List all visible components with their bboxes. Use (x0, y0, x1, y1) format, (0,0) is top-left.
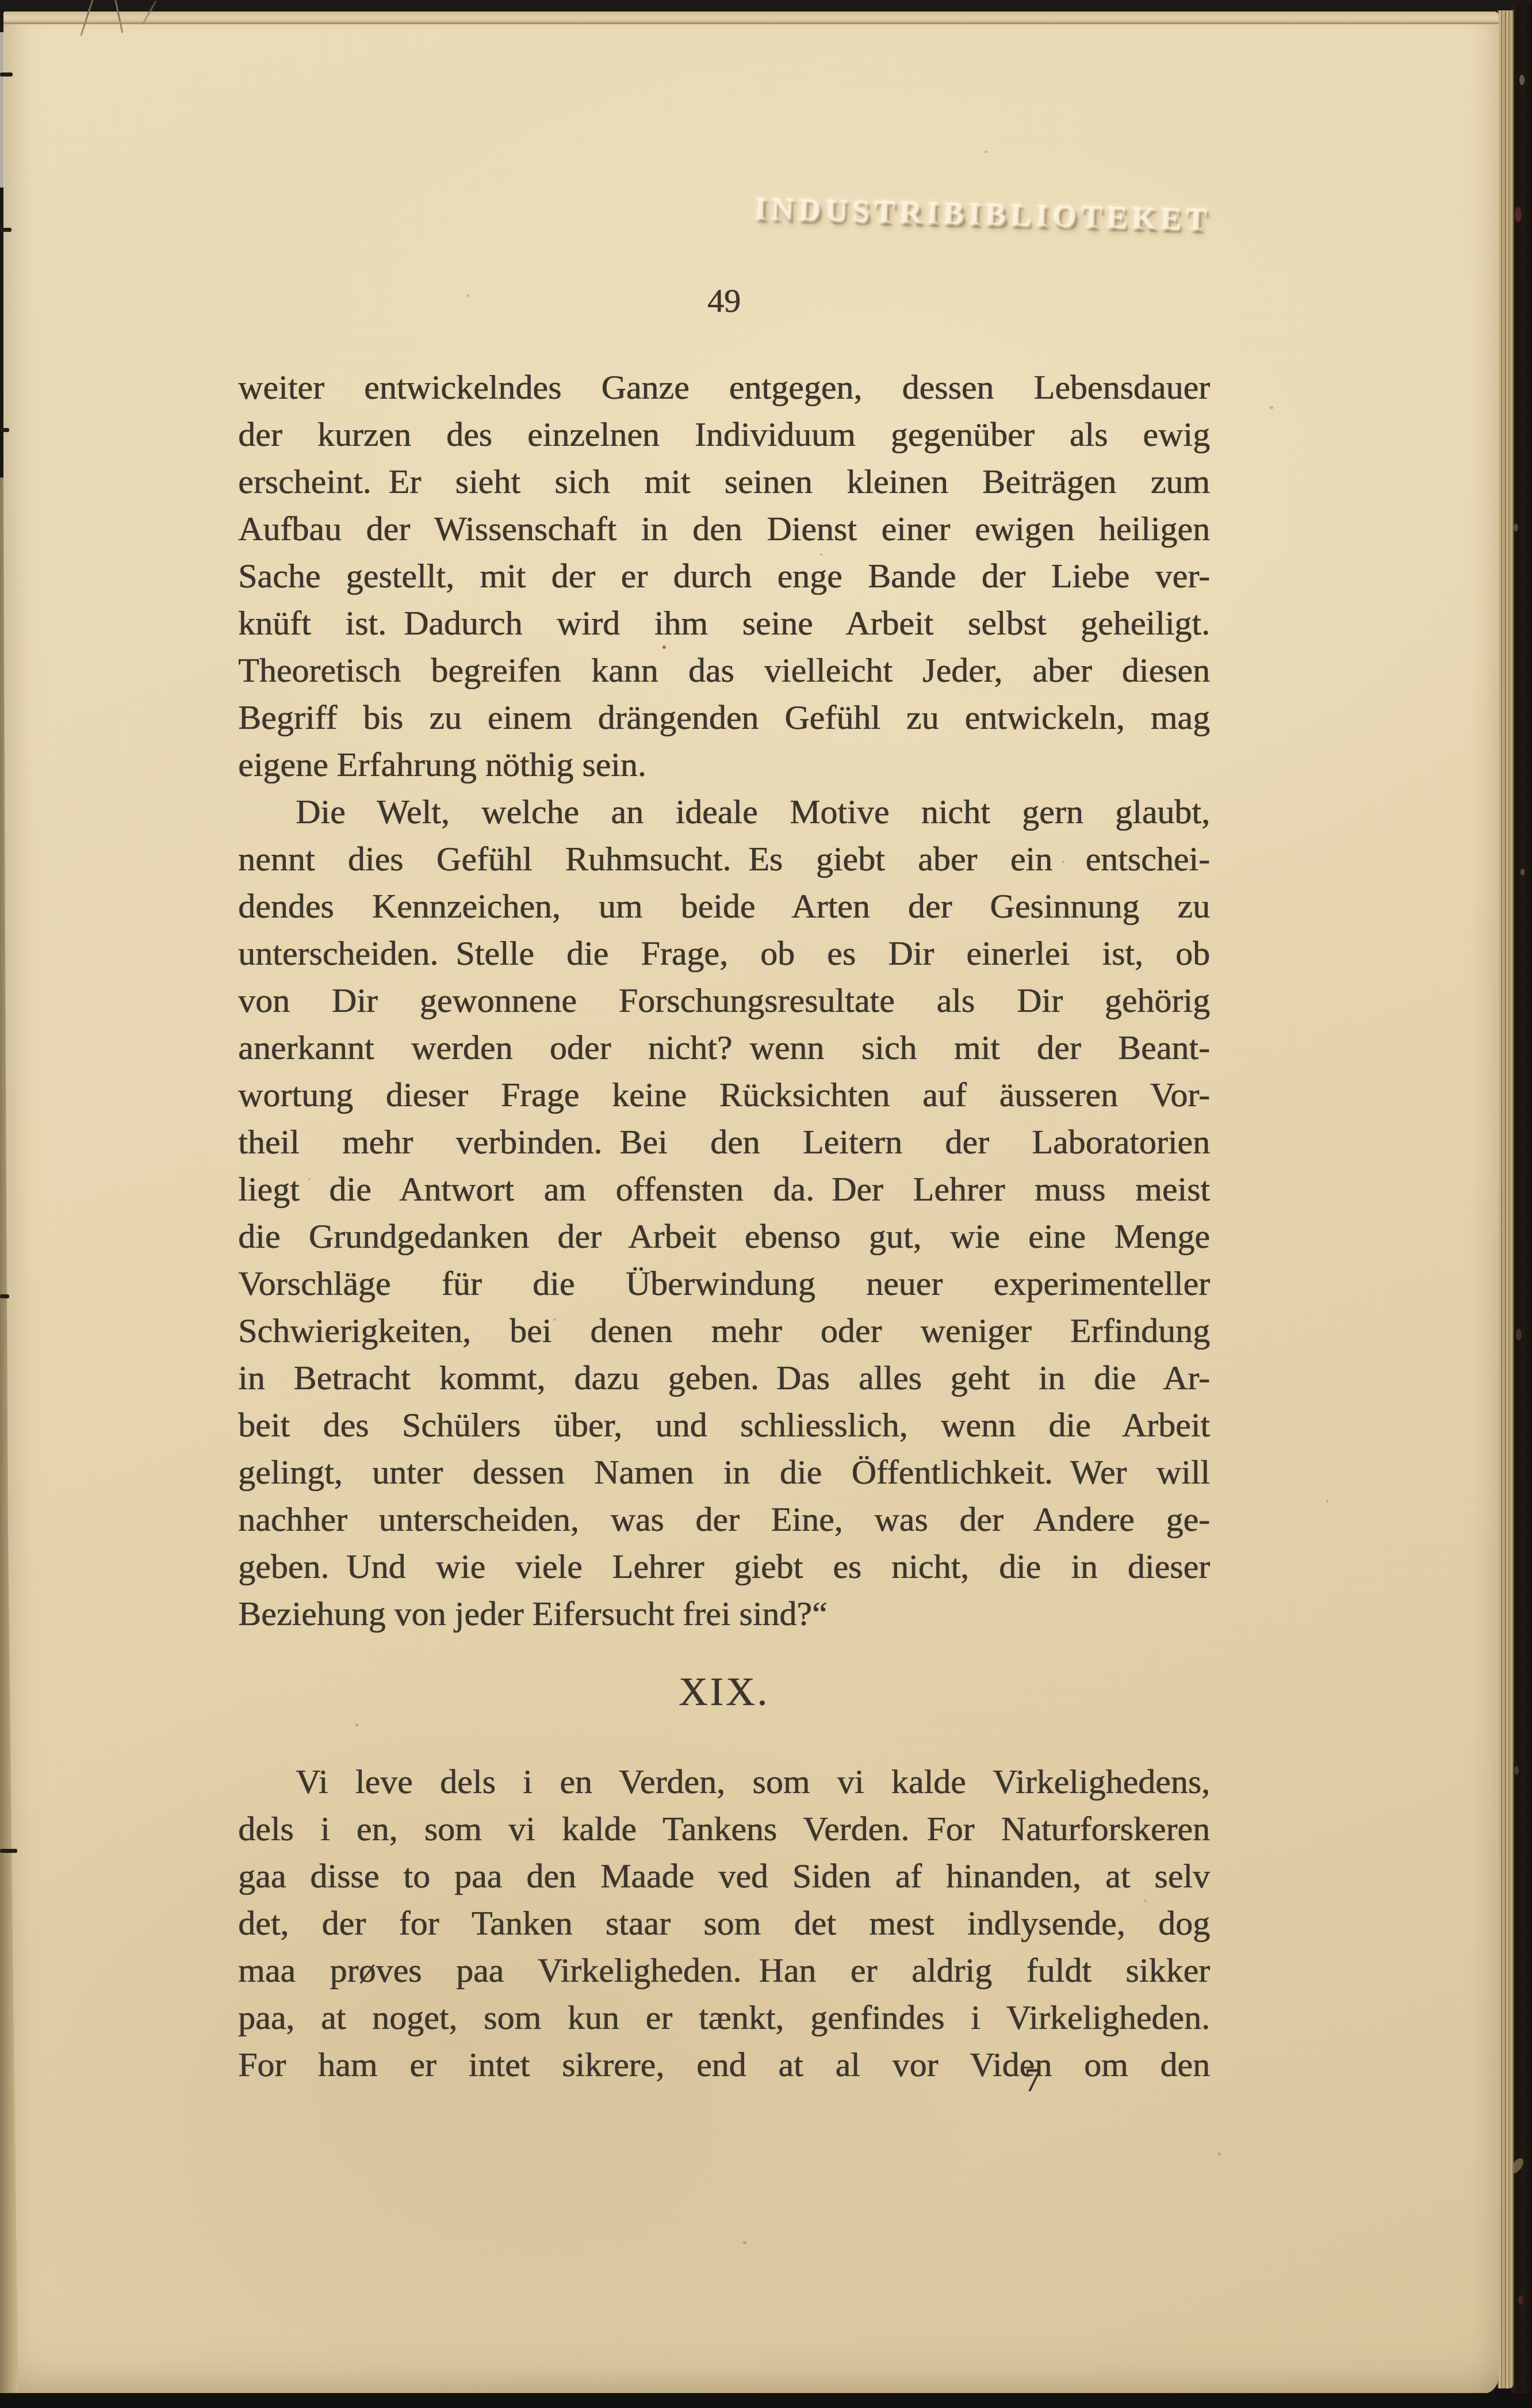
text-line: wortung dieser Frage keine Rücksichten a… (238, 1071, 1210, 1118)
section-heading: XIX. (238, 1664, 1210, 1721)
text-line: nennt dies Gefühl Ruhmsucht. Es giebt ab… (238, 835, 1210, 882)
text-line: gaa disse to paa den Maade ved Siden af … (238, 1852, 1210, 1899)
text-line: geben. Und wie viele Lehrer giebt es nic… (238, 1543, 1210, 1590)
text-line: Aufbau der Wissenschaft in den Dienst ei… (238, 505, 1210, 552)
text-line: der kurzen des einzelnen Individuum gege… (238, 411, 1210, 458)
paper-speck (1144, 1899, 1147, 1902)
page-stack-edge (1497, 10, 1514, 2388)
text-line: dendes Kennzeichen, um beide Arten der G… (238, 882, 1210, 930)
cover-marbling-fleck (1518, 2295, 1523, 2304)
text-line: anerkannt werden oder nicht? wenn sich m… (238, 1024, 1210, 1071)
text-block-german: weiter entwickelndes Ganze entgegen, des… (238, 364, 1210, 1637)
page-top-edge (3, 12, 1499, 24)
text-line: paa, at noget, som kun er tænkt, genfind… (238, 1994, 1210, 2041)
text-line: nachher unterscheiden, was der Eine, was… (238, 1496, 1210, 1543)
binding-stitch (0, 1294, 9, 1298)
text-line: in Betracht kommt, dazu geben. Das alles… (238, 1354, 1210, 1401)
binding-stitch (0, 228, 12, 232)
cover-marbling-fleck (1515, 207, 1522, 222)
red-ink-speck (662, 645, 666, 649)
signature-mark: 7 (901, 2059, 1165, 2101)
text-line: theil mehr verbinden. Bei den Leitern de… (238, 1118, 1210, 1165)
text-line: die Grundgedanken der Arbeit ebenso gut,… (238, 1213, 1210, 1260)
binding-stitch (0, 1849, 17, 1853)
text-line: eigene Erfahrung nöthig sein. (238, 741, 1210, 788)
binding-stitch (0, 72, 13, 77)
scanned-book-page: INDUSTRIBIBLIOTEKET 49 weiter entwickeln… (0, 0, 1532, 2408)
paper-speck (553, 1318, 556, 1321)
text-line: dels i en, som vi kalde Tankens Verden. … (238, 1805, 1210, 1852)
text-line: Vi leve dels i en Verden, som vi kalde V… (238, 1758, 1210, 1805)
text-line: Begriff bis zu einem drängenden Gefühl z… (238, 694, 1210, 741)
binding-stitch (0, 428, 9, 432)
text-block-danish: Vi leve dels i en Verden, som vi kalde V… (238, 1758, 1210, 2088)
paper-speck (985, 151, 987, 153)
paper-speck (1270, 406, 1273, 409)
book-cover-edge (1511, 6, 1532, 2408)
paper-speck (820, 553, 822, 556)
text-line: det, der for Tanken staar som det mest i… (238, 1899, 1210, 1947)
text-line: erscheint. Er sieht sich mit seinen klei… (238, 458, 1210, 505)
paper-speck (406, 909, 409, 912)
book-page: INDUSTRIBIBLIOTEKET 49 weiter entwickeln… (3, 12, 1499, 2394)
text-line: maa prøves paa Virkeligheden. Han er ald… (238, 1947, 1210, 1994)
text-line: unterscheiden. Stelle die Frage, ob es D… (238, 930, 1210, 977)
text-line: gelingt, unter dessen Namen in die Öffen… (238, 1448, 1210, 1496)
text-line: Beziehung von jeder Eifersucht frei sind… (238, 1590, 1210, 1637)
text-line: Die Welt, welche an ideale Motive nicht … (238, 788, 1210, 835)
cover-marbling-fleck (1519, 75, 1525, 85)
paper-speck (355, 1723, 358, 1726)
text-line: liegt die Antwort am offensten da. Der L… (238, 1165, 1210, 1213)
cover-marbling-fleck (1514, 1766, 1519, 1775)
cover-marbling-fleck (1514, 523, 1518, 532)
paper-speck (467, 295, 469, 297)
text-line: knüft ist. Dadurch wird ihm seine Arbeit… (238, 599, 1210, 647)
text-line: beit des Schülers über, und schliesslich… (238, 1401, 1210, 1448)
paper-speck (743, 2241, 746, 2244)
text-line: von Dir gewonnene Forschungsresultate al… (238, 977, 1210, 1024)
text-line: Vorschläge für die Überwindung neuer exp… (238, 1260, 1210, 1307)
page-edge-sliver (0, 32, 5, 188)
embossed-library-stamp: INDUSTRIBIBLIOTEKET (750, 192, 1217, 239)
scan-background-bottom (0, 2393, 1532, 2408)
text-line: Schwierigkeiten, bei denen mehr oder wen… (238, 1307, 1210, 1354)
paper-speck (308, 1178, 311, 1180)
cover-marbling-fleck (1520, 869, 1525, 876)
text-line: Sache gestellt, mit der er durch enge Ba… (238, 552, 1210, 599)
cover-marbling-fleck (1516, 1329, 1522, 1340)
text-line: Theoretisch begreifen kann das vielleich… (238, 647, 1210, 694)
paper-speck (1218, 2153, 1221, 2155)
paper-speck (1326, 1500, 1328, 1503)
text-line: weiter entwickelndes Ganze entgegen, des… (238, 364, 1210, 411)
paper-speck (1062, 861, 1064, 863)
page-number: 49 (238, 281, 1210, 321)
